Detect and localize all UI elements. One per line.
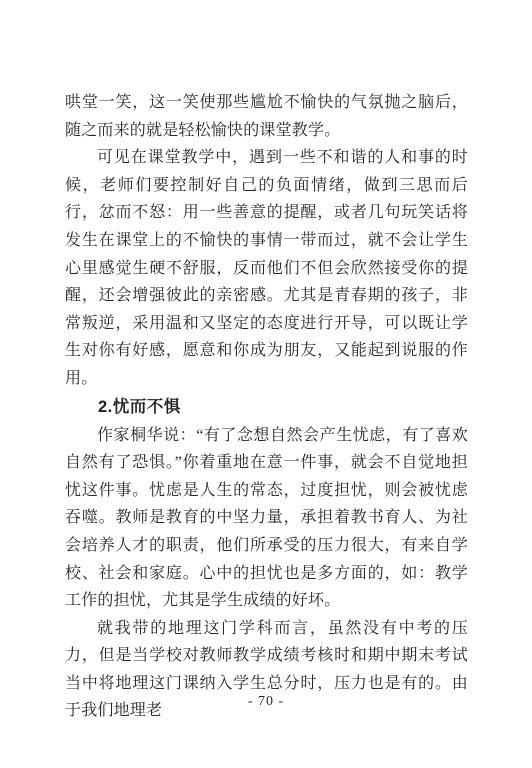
document-page: 哄堂一笑，这一笑使那些尴尬不愉快的气氛抛之脑后，随之而来的就是轻松愉快的课堂教学… (0, 0, 532, 768)
section-heading: 2.忧而不惧 (65, 393, 468, 422)
page-number: - 70 - (0, 694, 532, 710)
page-body: 哄堂一笑，这一笑使那些尴尬不愉快的气氛抛之脑后，随之而来的就是轻松愉快的课堂教学… (65, 89, 468, 725)
paragraph-worry: 作家桐华说：“有了念想自然会产生忧虑，有了喜欢自然有了恐惧。”你着重地在意一件事… (65, 422, 468, 615)
paragraph-classroom: 可见在课堂教学中，遇到一些不和谐的人和事的时候，老师们要控制好自己的负面情绪，做… (65, 144, 468, 392)
paragraph-continuation: 哄堂一笑，这一笑使那些尴尬不愉快的气氛抛之脑后，随之而来的就是轻松愉快的课堂教学… (65, 89, 468, 144)
